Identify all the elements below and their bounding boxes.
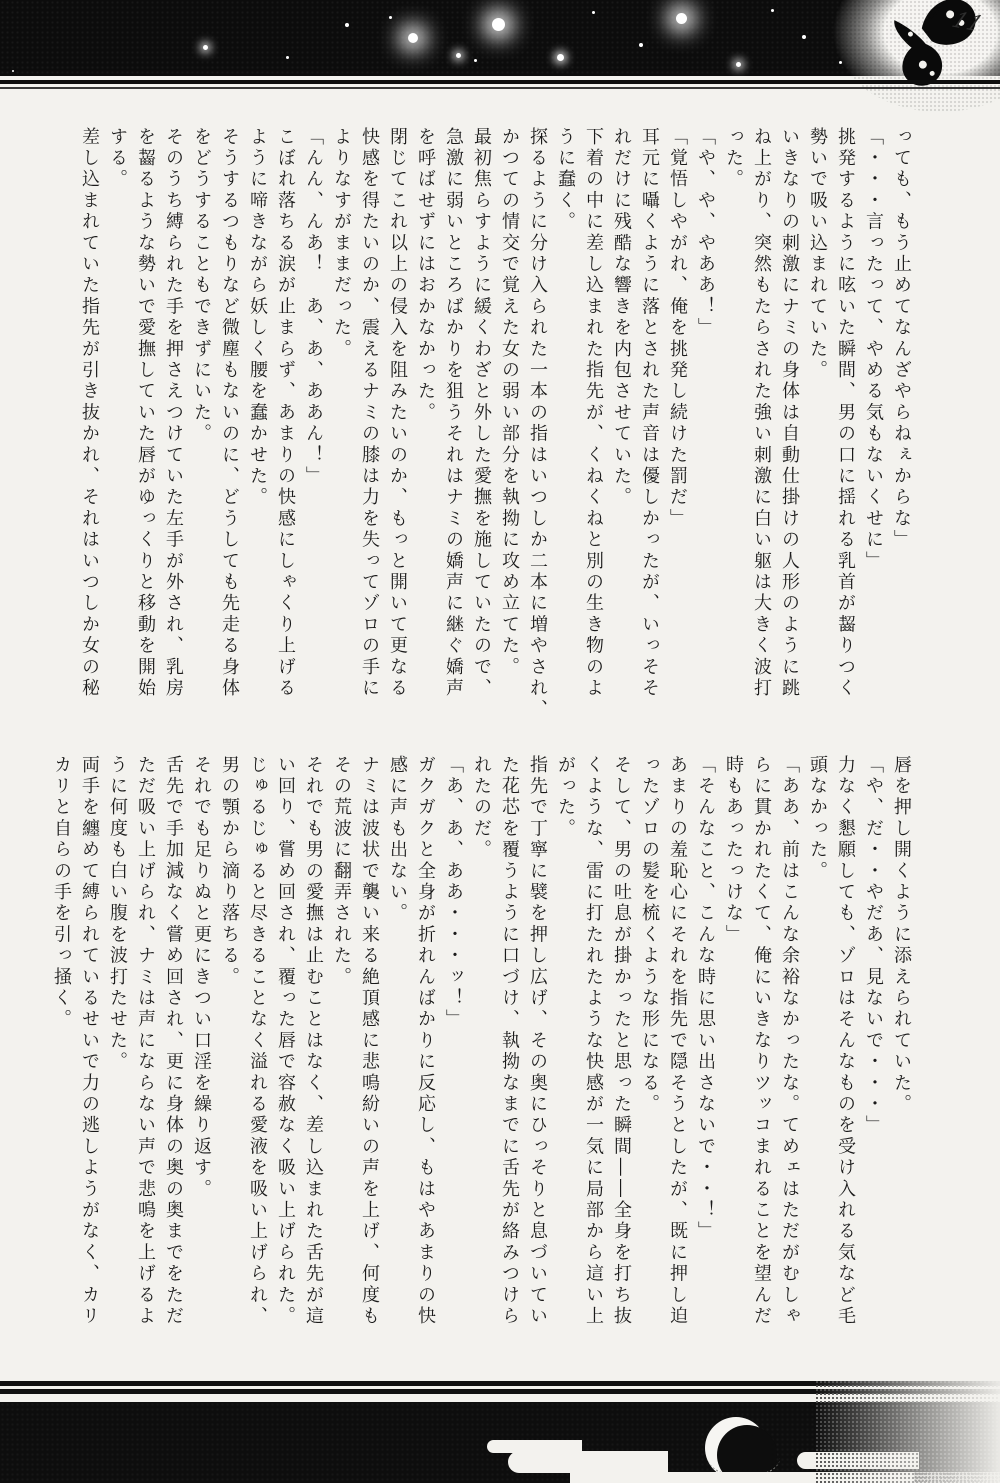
- text-column: 最初焦らすように緩くわざと外した愛撫を施していたので、: [472, 127, 490, 735]
- text-column: ったゾロの髪を梳くような形になる。: [640, 755, 658, 1363]
- text-column: 急激に弱いところばかりを狙うそれはナミの嬌声に継ぐ嬌声: [444, 127, 462, 735]
- text-column: 感に声も出ない。: [388, 755, 406, 1363]
- star-icon: [592, 11, 595, 14]
- text-column: 「や、だ・・やだあ、見ないで・・・」: [864, 755, 882, 1363]
- star-icon: [345, 23, 349, 27]
- star-icon: [639, 43, 643, 47]
- text-column: それでも男の愛撫は止むことはなく、差し込まれた舌先が這: [304, 755, 322, 1363]
- text-column: ね上がり、突然もたらされた強い刺激に白い躯は大きく波打: [752, 127, 770, 735]
- text-column: うに何度も白い腹を波打たせた。: [108, 755, 126, 1363]
- text-column: れだけに残酷な響きを内包させていた。: [612, 127, 630, 735]
- star-icon: [456, 53, 461, 58]
- text-column: 「や、や、やああ！」: [696, 127, 714, 735]
- text-column: かつての情交で覚えた女の弱い部分を執拗に攻め立てた。: [500, 127, 518, 735]
- footer-night-clouds: [0, 1380, 1000, 1483]
- header-night-sky: 11: [0, 0, 1000, 92]
- star-icon: [676, 13, 687, 24]
- text-column: を齧るような勢いで愛撫していた唇がゆっくりと移動を開始: [136, 127, 154, 735]
- text-column: する。: [108, 127, 126, 735]
- text-column: 時もあったっけな」: [724, 755, 742, 1363]
- text-column: 「あ、あ、ああ・・・ッ！」: [444, 755, 462, 1363]
- text-column: を呼ばせずにはおかなかった。: [416, 127, 434, 735]
- text-column: 「ああ、前はこんな余裕なかったな。てめェはただがむしゃ: [780, 755, 798, 1363]
- text-column: 差し込まれていた指先が引き抜かれ、それはいつしか女の秘: [80, 127, 98, 735]
- doujin-novel-page: 11 っても、もう止めてなんざやらねぇからな」「・・・言ったって、やめる気もない…: [0, 0, 1000, 1483]
- text-column: 挑発するように呟いた瞬間、男の口に揺れる乳首が齧りつく: [836, 127, 854, 735]
- text-column: くような、雷に打たれたような快感が一気に局部から這い上: [584, 755, 602, 1363]
- text-column: い回り、嘗め回され、覆った唇で容赦なく吸い上げられた。: [276, 755, 294, 1363]
- text-column: 「そんなこと、こんな時に思い出さないで・・！」: [696, 755, 714, 1363]
- text-column: ただ吸い上げられ、ナミは声にならない声で悲鳴を上げるよ: [136, 755, 154, 1363]
- text-column: 快感を得たいのか、震えるナミの膝は力を失ってゾロの手に: [360, 127, 378, 735]
- star-icon: [286, 56, 289, 59]
- text-column: 「覚悟しやがれ、俺を挑発し続けた罰だ」: [668, 127, 686, 735]
- star-icon: [771, 9, 774, 12]
- text-block-bottom: 唇を押し開くように添えられていた。「や、だ・・やだあ、見ないで・・・」力なく懇願…: [52, 755, 910, 1363]
- text-column: あまりの羞恥心にそれを指先で隠そうとしたが、既に押し迫: [668, 755, 686, 1363]
- star-icon: [203, 45, 208, 50]
- text-column: カリと自らの手を引っ掻く。: [52, 755, 70, 1363]
- text-column: をどうすることもできずにいた。: [192, 127, 210, 735]
- star-icon: [12, 70, 14, 72]
- text-column: じゅるじゅると尽きることなく溢れる愛液を吸い上げられ、: [248, 755, 266, 1363]
- cloud-icon: [508, 1451, 668, 1473]
- text-column: 力なく懇願しても、ゾロはそんなものを受け入れる気など毛: [836, 755, 854, 1363]
- text-column: うに蠢く。: [556, 127, 574, 735]
- text-column: ように啼きながら妖しく腰を蠢かせた。: [248, 127, 266, 735]
- text-column: それでも足りぬと更にきつい口淫を繰り返す。: [192, 755, 210, 1363]
- star-icon: [474, 59, 477, 62]
- text-column: ナミは波状で襲い来る絶頂感に悲鳴紛いの声を上げ、何度も: [360, 755, 378, 1363]
- text-column: 勢いで吸い込まれていた。: [808, 127, 826, 735]
- text-column: 頭なかった。: [808, 755, 826, 1363]
- star-icon: [492, 18, 505, 31]
- star-icon: [389, 16, 392, 19]
- star-icon: [557, 54, 564, 61]
- text-block-top: っても、もう止めてなんざやらねぇからな」「・・・言ったって、やめる気もないくせに…: [80, 127, 910, 735]
- text-column: いきなりの刺激にナミの身体は自動仕掛けの人形のように跳: [780, 127, 798, 735]
- text-column: こぼれ落ちる涙が止まらず、あまりの快感にしゃくり上げる: [276, 127, 294, 735]
- text-column: らに貫かれたくて、俺にいきなりツッコまれることを望んだ: [752, 755, 770, 1363]
- text-column: れたのだ。: [472, 755, 490, 1363]
- text-column: 指先で丁寧に襞を押し広げ、その奥にひっそりと息づいてい: [528, 755, 546, 1363]
- text-column: た花芯を覆うように口づけ、執拗なまでに舌先が絡みつけら: [500, 755, 518, 1363]
- text-column: 唇を押し開くように添えられていた。: [892, 755, 910, 1363]
- star-icon: [408, 33, 418, 43]
- text-column: よりなすがままだった。: [332, 127, 350, 735]
- halftone-fade: [815, 1380, 1000, 1483]
- text-column: がった。: [556, 755, 574, 1363]
- text-column: その荒波に翻弄された。: [332, 755, 350, 1363]
- text-column: ガクガクと全身が折れんばかりに反応し、もはやあまりの快: [416, 755, 434, 1363]
- text-column: 探るように分け入られた一本の指はいつしか二本に増やされ、: [528, 127, 546, 735]
- text-column: 舌先で手加減なく嘗め回され、更に身体の奥の奥までをただ: [164, 755, 182, 1363]
- text-column: そして、男の吐息が掛かったと思った瞬間――全身を打ち抜: [612, 755, 630, 1363]
- text-column: 両手を纏めて縛られているせいで力の逃しようがなく、カリ: [80, 755, 98, 1363]
- text-column: 下着の中に差し込まれた指先が、くねくねと別の生き物のよ: [584, 127, 602, 735]
- star-icon: [736, 62, 741, 67]
- text-column: 「んん、んあ！ あ、あ、ああん！」: [304, 127, 322, 735]
- text-column: そのうち縛られた手を押さえつけていた左手が外され、乳房: [164, 127, 182, 735]
- header-rule: [0, 80, 1000, 84]
- star-icon: [802, 35, 806, 39]
- text-column: 閉じてこれ以上の侵入を阻みたいのか、もっと開いて更なる: [388, 127, 406, 735]
- header-rule-thin: [0, 87, 1000, 89]
- text-column: 「・・・言ったって、やめる気もないくせに」: [864, 127, 882, 735]
- text-column: 耳元に囁くように落とされた声音は優しかったが、いっそそ: [640, 127, 658, 735]
- text-column: そうするつもりなど微塵もないのに、どうしても先走る身体: [220, 127, 238, 735]
- text-column: 男の顎から滴り落ちる。: [220, 755, 238, 1363]
- text-column: っても、もう止めてなんざやらねぇからな」: [892, 127, 910, 735]
- text-column: った。: [724, 127, 742, 735]
